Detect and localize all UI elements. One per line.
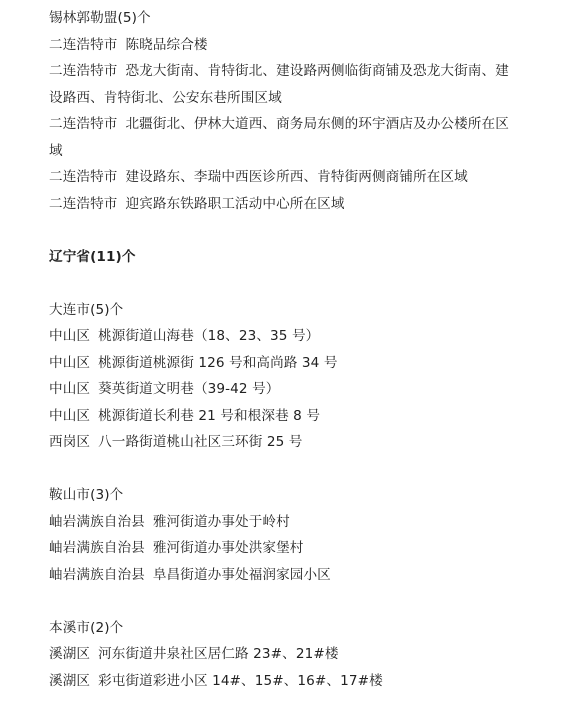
place-label: 桃源街道桃源街 126 号和高尚路 34 号 (98, 355, 337, 371)
list-item: 岫岩满族自治县雅河街道办事处洪家堡村 (49, 535, 558, 562)
place-label: 陈晓品综合楼 (125, 37, 207, 53)
district-label: 中山区 (49, 408, 90, 424)
list-item: 二连浩特市迎宾路东铁路职工活动中心所在区域 (49, 191, 558, 218)
city-header-anshan: 鞍山市(3)个 (49, 482, 558, 509)
list-item: 中山区葵英街道文明巷（39-42 号） (49, 376, 558, 403)
district-label: 岫岩满族自治县 (49, 514, 145, 530)
list-item: 溪湖区河东街道井泉社区居仁路 23#、21#楼 (49, 641, 558, 668)
place-label: 雅河街道办事处于岭村 (153, 514, 290, 530)
district-label: 中山区 (49, 355, 90, 371)
list-item: 西岗区八一路街道桃山社区三环街 25 号 (49, 429, 558, 456)
district-label: 岫岩满族自治县 (49, 567, 145, 583)
list-item: 岫岩满族自治县阜昌街道办事处福润家园小区 (49, 562, 558, 589)
place-label: 彩屯街道彩进小区 14#、15#、16#、17#楼 (98, 673, 383, 689)
place-label: 桃源街道山海巷（18、23、35 号） (98, 328, 319, 344)
place-label: 桃源街道长利巷 21 号和根深巷 8 号 (98, 408, 320, 424)
list-item: 溪湖区彩屯街道彩进小区 14#、15#、16#、17#楼 (49, 668, 558, 695)
place-label: 阜昌街道办事处福润家园小区 (153, 567, 331, 583)
district-label: 二连浩特市 (49, 37, 117, 53)
place-label: 迎宾路东铁路职工活动中心所在区域 (125, 196, 344, 212)
list-item: 二连浩特市陈晓品综合楼 (49, 32, 558, 59)
district-label: 中山区 (49, 381, 90, 397)
section-header-xilinguole: 锡林郭勒盟(5)个 (49, 5, 558, 32)
list-item: 中山区桃源街道长利巷 21 号和根深巷 8 号 (49, 403, 558, 430)
city-header-dalian: 大连市(5)个 (49, 297, 558, 324)
place-label: 北疆街北、伊林大道西、商务局东侧的环宇酒店及办公楼所在区 (125, 116, 508, 132)
place-label: 河东街道井泉社区居仁路 23#、21#楼 (98, 646, 338, 662)
list-item: 二连浩特市北疆街北、伊林大道西、商务局东侧的环宇酒店及办公楼所在区 (49, 111, 558, 138)
list-item: 二连浩特市恐龙大街南、肯特街北、建设路两侧临街商铺及恐龙大街南、建 (49, 58, 558, 85)
place-label: 雅河街道办事处洪家堡村 (153, 540, 304, 556)
place-label: 建设路东、李瑞中西医诊所西、肯特街两侧商铺所在区域 (125, 169, 467, 185)
place-label: 葵英街道文明巷（39-42 号） (98, 381, 279, 397)
city-header-benxi: 本溪市(2)个 (49, 615, 558, 642)
spacer (49, 456, 558, 483)
district-label: 二连浩特市 (49, 116, 117, 132)
district-label: 岫岩满族自治县 (49, 540, 145, 556)
district-label: 二连浩特市 (49, 63, 117, 79)
place-label: 八一路街道桃山社区三环街 25 号 (98, 434, 302, 450)
spacer (49, 588, 558, 615)
section-header-liaoning: 辽宁省(11)个 (49, 244, 558, 271)
list-item-continuation: 设路西、肯特街北、公安东巷所围区域 (49, 85, 558, 112)
spacer (49, 217, 558, 244)
district-label: 西岗区 (49, 434, 90, 450)
list-item: 中山区桃源街道桃源街 126 号和高尚路 34 号 (49, 350, 558, 377)
list-item-continuation: 域 (49, 138, 558, 165)
list-item: 中山区桃源街道山海巷（18、23、35 号） (49, 323, 558, 350)
spacer (49, 270, 558, 297)
district-label: 二连浩特市 (49, 169, 117, 185)
list-item: 二连浩特市建设路东、李瑞中西医诊所西、肯特街两侧商铺所在区域 (49, 164, 558, 191)
place-label: 恐龙大街南、肯特街北、建设路两侧临街商铺及恐龙大街南、建 (125, 63, 508, 79)
list-item: 岫岩满族自治县雅河街道办事处于岭村 (49, 509, 558, 536)
document-body: 锡林郭勒盟(5)个 二连浩特市陈晓品综合楼 二连浩特市恐龙大街南、肯特街北、建设… (0, 0, 570, 694)
district-label: 二连浩特市 (49, 196, 117, 212)
district-label: 中山区 (49, 328, 90, 344)
district-label: 溪湖区 (49, 646, 90, 662)
district-label: 溪湖区 (49, 673, 90, 689)
